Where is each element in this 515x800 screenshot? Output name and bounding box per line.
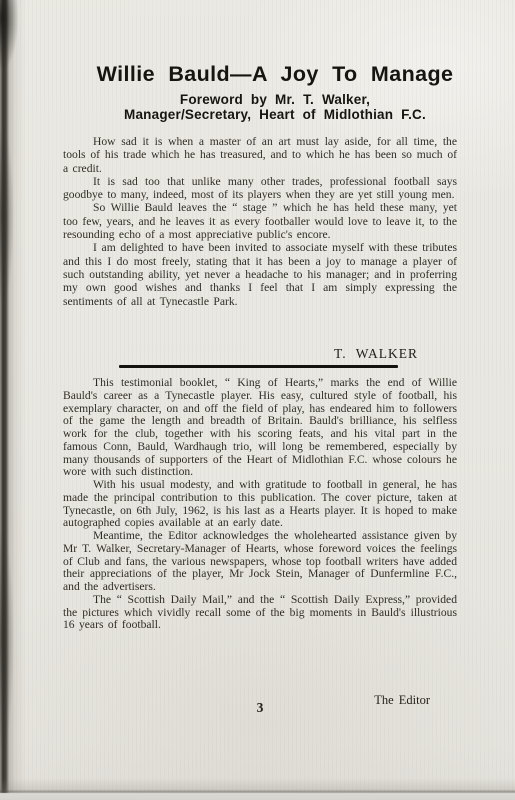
editor-paragraph: With his usual modesty, and with gratitu… xyxy=(63,479,457,530)
foreword-signature: T. WALKER xyxy=(334,346,418,362)
heading-block: Willie Bauld—A Joy To Manage Foreword by… xyxy=(35,62,515,122)
foreword-paragraph: I am delighted to have been invited to a… xyxy=(63,241,457,307)
editor-paragraph: The “ Scottish Daily Mail,” and the “ Sc… xyxy=(63,594,457,632)
foreword-paragraph: So Willie Bauld leaves the “ stage ” whi… xyxy=(63,201,457,241)
page-bottom-edge xyxy=(0,778,515,800)
editor-paragraph: This testimonial booklet, “ King of Hear… xyxy=(63,377,457,479)
editor-paragraph: Meantime, the Editor acknowledges the wh… xyxy=(63,530,457,594)
foreword-section: How sad it is when a master of an art mu… xyxy=(63,135,457,308)
page-number: 3 xyxy=(63,700,457,716)
foreword-paragraph: It is sad too that unlike many other tra… xyxy=(63,175,457,202)
editor-note-section: This testimonial booklet, “ King of Hear… xyxy=(63,377,457,632)
page-title: Willie Bauld—A Joy To Manage xyxy=(35,62,515,87)
page-binding-edge xyxy=(0,0,26,800)
foreword-paragraph: How sad it is when a master of an art mu… xyxy=(63,135,457,175)
foreword-byline: Foreword by Mr. T. Walker, xyxy=(35,92,515,107)
section-divider-rule xyxy=(119,365,398,368)
author-role-line: Manager/Secretary, Heart of Midlothian F… xyxy=(35,107,515,122)
